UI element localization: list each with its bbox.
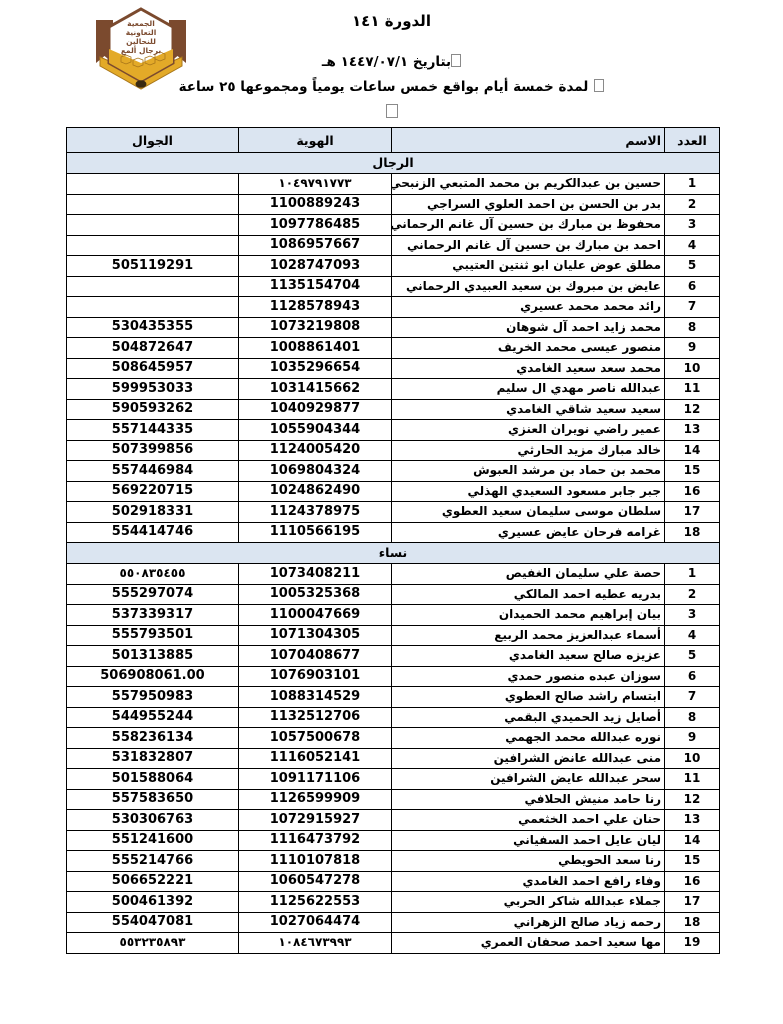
name-cell: جملاء عبدالله شاكر الحربي [392, 892, 665, 913]
id-cell: 1100047669 [239, 605, 392, 626]
num-cell: 19 [665, 933, 720, 954]
phone-cell: 569220715 [67, 481, 239, 502]
phone-cell [67, 276, 239, 297]
id-cell: 1072915927 [239, 810, 392, 831]
id-cell: 1100889243 [239, 194, 392, 215]
name-cell: سوزان عبده منصور حمدي [392, 666, 665, 687]
name-cell: سعيد سعيد شاقي الغامدي [392, 399, 665, 420]
id-cell: 1125622553 [239, 892, 392, 913]
num-cell: 3 [665, 215, 720, 236]
name-cell: محمد زايد احمد آل شوهان [392, 317, 665, 338]
name-cell: رنا حامد منيش الحلافي [392, 789, 665, 810]
num-cell: 6 [665, 276, 720, 297]
id-cell: 1126599909 [239, 789, 392, 810]
table-row: 19مها سعيد احمد صحفان العمري١٠٨٤٦٧٣٩٩٣٥٥… [67, 933, 720, 954]
id-cell: 1005325368 [239, 584, 392, 605]
name-cell: احمد بن مبارك بن حسين آل غانم الرحماني [392, 235, 665, 256]
duration-line: لمدة خمسة أيام بواقع خمس ساعات يومياً وم… [0, 79, 783, 95]
table-row: 6عايض بن مبروك بن سعيد العبيدي الرحماني1… [67, 276, 720, 297]
phone-cell: 551241600 [67, 830, 239, 851]
lone-missing-glyph [0, 102, 783, 121]
name-cell: جبر جابر مسعود السعيدي الهذلي [392, 481, 665, 502]
table-row: 18غرامه فرحان عايض عسيري1110566195554414… [67, 522, 720, 543]
svg-text:للنحالين: للنحالين [126, 37, 156, 46]
phone-cell: 505119291 [67, 256, 239, 277]
table-row: 12سعيد سعيد شاقي الغامدي1040929877590593… [67, 399, 720, 420]
table-row: 4احمد بن مبارك بن حسين آل غانم الرحماني1… [67, 235, 720, 256]
id-cell: 1116052141 [239, 748, 392, 769]
table-header-row: العدد الاسم الهوية الجوال [67, 128, 720, 153]
header-name: الاسم [392, 128, 665, 153]
id-cell: 1035296654 [239, 358, 392, 379]
id-cell: 1057500678 [239, 728, 392, 749]
table-row: 6سوزان عبده منصور حمدي107690310150690806… [67, 666, 720, 687]
phone-cell: 555793501 [67, 625, 239, 646]
num-cell: 1 [665, 564, 720, 585]
date-text: بتاريخ ١٤٤٧/٠٧/١ هـ [322, 54, 451, 70]
name-cell: ليان عايل احمد السفياني [392, 830, 665, 851]
page-title: الدورة ١٤١ [0, 12, 783, 30]
id-cell: ١٠٤٩٧٩١٧٧٣ [239, 174, 392, 195]
num-cell: 1 [665, 174, 720, 195]
table-row: 2بدر بن الحسن بن احمد العلوي السراجي1100… [67, 194, 720, 215]
num-cell: 15 [665, 851, 720, 872]
name-cell: بدر بن الحسن بن احمد العلوي السراجي [392, 194, 665, 215]
phone-cell: 506908061.00 [67, 666, 239, 687]
num-cell: 8 [665, 707, 720, 728]
phone-cell: 530306763 [67, 810, 239, 831]
name-cell: بيان إبراهيم محمد الحميدان [392, 605, 665, 626]
num-cell: 6 [665, 666, 720, 687]
id-cell: 1040929877 [239, 399, 392, 420]
id-cell: 1088314529 [239, 687, 392, 708]
id-cell: 1124378975 [239, 502, 392, 523]
id-cell: 1110566195 [239, 522, 392, 543]
phone-cell: 554414746 [67, 522, 239, 543]
id-cell: 1070408677 [239, 646, 392, 667]
name-cell: عايض بن مبروك بن سعيد العبيدي الرحماني [392, 276, 665, 297]
num-cell: 13 [665, 810, 720, 831]
section-label: نساء [67, 543, 720, 564]
id-cell: ١٠٨٤٦٧٣٩٩٣ [239, 933, 392, 954]
phone-cell: 504872647 [67, 338, 239, 359]
phone-cell: 544955244 [67, 707, 239, 728]
num-cell: 16 [665, 481, 720, 502]
num-cell: 15 [665, 461, 720, 482]
name-cell: رحمه زياد صالح الزهراني [392, 912, 665, 933]
name-cell: حسين بن عبدالكريم بن محمد المتبعي الزنبح… [392, 174, 665, 195]
phone-cell: ٥٥٠٨٣٥٤٥٥ [67, 564, 239, 585]
phone-cell [67, 235, 239, 256]
id-cell: 1060547278 [239, 871, 392, 892]
name-cell: وفاء رافع احمد الغامدي [392, 871, 665, 892]
table-row: 2بدريه عطيه احمد المالكي1005325368555297… [67, 584, 720, 605]
num-cell: 4 [665, 235, 720, 256]
table-row: 5مطلق عوض عليان ابو ثنتين العتيبي1028747… [67, 256, 720, 277]
name-cell: أسماء عبدالعزيز محمد الربيع [392, 625, 665, 646]
id-cell: 1073219808 [239, 317, 392, 338]
table-row: 15محمد بن حماد بن مرشد العبوش10698043245… [67, 461, 720, 482]
id-cell: 1091171106 [239, 769, 392, 790]
num-cell: 7 [665, 297, 720, 318]
phone-cell [67, 194, 239, 215]
num-cell: 16 [665, 871, 720, 892]
name-cell: رائد محمد محمد عسيري [392, 297, 665, 318]
phone-cell: 502918331 [67, 502, 239, 523]
phone-cell: 531832807 [67, 748, 239, 769]
table-row: 3محفوظ بن مبارك بن حسين آل غانم الرحماني… [67, 215, 720, 236]
table-row: 7ابتسام راشد صالح العطوي1088314529557950… [67, 687, 720, 708]
id-cell: 1024862490 [239, 481, 392, 502]
table-row: 10محمد سعد سعيد الغامدي10352966545086459… [67, 358, 720, 379]
id-cell: 1124005420 [239, 440, 392, 461]
table-row: 9نوره عبدالله محمد الجهمي105750067855823… [67, 728, 720, 749]
header-phone: الجوال [67, 128, 239, 153]
name-cell: منصور عيسى محمد الخريف [392, 338, 665, 359]
id-cell: 1097786485 [239, 215, 392, 236]
table-row: 3بيان إبراهيم محمد الحميدان1100047669537… [67, 605, 720, 626]
id-cell: 1110107818 [239, 851, 392, 872]
num-cell: 5 [665, 646, 720, 667]
num-cell: 13 [665, 420, 720, 441]
id-cell: 1135154704 [239, 276, 392, 297]
table-row: 7رائد محمد محمد عسيري1128578943 [67, 297, 720, 318]
num-cell: 14 [665, 440, 720, 461]
phone-cell: 554047081 [67, 912, 239, 933]
table-row: 18رحمه زياد صالح الزهراني102706447455404… [67, 912, 720, 933]
missing-glyph-box [594, 79, 604, 92]
name-cell: بدريه عطيه احمد المالكي [392, 584, 665, 605]
roster-table: العدد الاسم الهوية الجوال الرجال1حسين بن… [66, 127, 720, 954]
id-cell: 1128578943 [239, 297, 392, 318]
document-page: الجمعية التعاونية للنحالين برجال ألمع ال… [0, 0, 783, 1024]
name-cell: خالد مبارك مزيد الحارثي [392, 440, 665, 461]
name-cell: محمد سعد سعيد الغامدي [392, 358, 665, 379]
phone-cell: 500461392 [67, 892, 239, 913]
name-cell: حنان علي احمد الخثعمي [392, 810, 665, 831]
num-cell: 17 [665, 502, 720, 523]
phone-cell: 557950983 [67, 687, 239, 708]
num-cell: 18 [665, 522, 720, 543]
id-cell: 1027064474 [239, 912, 392, 933]
duration-text: لمدة خمسة أيام بواقع خمس ساعات يومياً وم… [179, 79, 589, 95]
phone-cell: 501588064 [67, 769, 239, 790]
num-cell: 2 [665, 584, 720, 605]
phone-cell [67, 215, 239, 236]
table-row: 15رنا سعد الحويطي1110107818555214766 [67, 851, 720, 872]
phone-cell: 506652221 [67, 871, 239, 892]
phone-cell: 555297074 [67, 584, 239, 605]
num-cell: 9 [665, 338, 720, 359]
name-cell: مطلق عوض عليان ابو ثنتين العتيبي [392, 256, 665, 277]
table-row: 5عزيزه صالح سعيد الغامدي1070408677501313… [67, 646, 720, 667]
table-row: 8محمد زايد احمد آل شوهان1073219808530435… [67, 317, 720, 338]
name-cell: منى عبدالله عانض الشرافين [392, 748, 665, 769]
table-row: 1حصة علي سليمان الغفيص1073408211٥٥٠٨٣٥٤٥… [67, 564, 720, 585]
num-cell: 12 [665, 399, 720, 420]
id-cell: 1116473792 [239, 830, 392, 851]
num-cell: 5 [665, 256, 720, 277]
section-label: الرجال [67, 153, 720, 174]
phone-cell [67, 297, 239, 318]
num-cell: 2 [665, 194, 720, 215]
name-cell: حصة علي سليمان الغفيص [392, 564, 665, 585]
missing-glyph-box [451, 54, 461, 67]
num-cell: 7 [665, 687, 720, 708]
id-cell: 1071304305 [239, 625, 392, 646]
table-row: 8أصايل زيد الحميدي البقمي113251270654495… [67, 707, 720, 728]
table-row: 17سلطان موسى سليمان سعيد العطوي112437897… [67, 502, 720, 523]
num-cell: 18 [665, 912, 720, 933]
phone-cell: 530435355 [67, 317, 239, 338]
id-cell: 1028747093 [239, 256, 392, 277]
table-row: 13حنان علي احمد الخثعمي10729159275303067… [67, 810, 720, 831]
num-cell: 8 [665, 317, 720, 338]
id-cell: 1086957667 [239, 235, 392, 256]
name-cell: رنا سعد الحويطي [392, 851, 665, 872]
phone-cell: 599953033 [67, 379, 239, 400]
phone-cell: 501313885 [67, 646, 239, 667]
name-cell: نوره عبدالله محمد الجهمي [392, 728, 665, 749]
header-id: الهوية [239, 128, 392, 153]
table-row: 12رنا حامد منيش الحلافي11265999095575836… [67, 789, 720, 810]
id-cell: 1069804324 [239, 461, 392, 482]
name-cell: محمد بن حماد بن مرشد العبوش [392, 461, 665, 482]
name-cell: غرامه فرحان عايض عسيري [392, 522, 665, 543]
table-row: 16جبر جابر مسعود السعيدي الهذلي102486249… [67, 481, 720, 502]
id-cell: 1055904344 [239, 420, 392, 441]
id-cell: 1132512706 [239, 707, 392, 728]
name-cell: سحر عبدالله عايض الشرافين [392, 769, 665, 790]
table-row: 17جملاء عبدالله شاكر الحربي1125622553500… [67, 892, 720, 913]
num-cell: 4 [665, 625, 720, 646]
num-cell: 12 [665, 789, 720, 810]
roster-table-body: الرجال1حسين بن عبدالكريم بن محمد المتبعي… [67, 153, 720, 954]
table-row: 14ليان عايل احمد السفياني111647379255124… [67, 830, 720, 851]
id-cell: 1073408211 [239, 564, 392, 585]
phone-cell: 508645957 [67, 358, 239, 379]
phone-cell: 557583650 [67, 789, 239, 810]
header-count: العدد [665, 128, 720, 153]
phone-cell: 555214766 [67, 851, 239, 872]
phone-cell: 590593262 [67, 399, 239, 420]
num-cell: 3 [665, 605, 720, 626]
num-cell: 17 [665, 892, 720, 913]
name-cell: ابتسام راشد صالح العطوي [392, 687, 665, 708]
name-cell: سلطان موسى سليمان سعيد العطوي [392, 502, 665, 523]
table-row: 11سحر عبدالله عايض الشرافين1091171106501… [67, 769, 720, 790]
name-cell: عبدالله ناصر مهدي ال سليم [392, 379, 665, 400]
date-line: بتاريخ ١٤٤٧/٠٧/١ هـ [0, 54, 783, 70]
name-cell: أصايل زيد الحميدي البقمي [392, 707, 665, 728]
name-cell: مها سعيد احمد صحفان العمري [392, 933, 665, 954]
section-header-row: الرجال [67, 153, 720, 174]
section-header-row: نساء [67, 543, 720, 564]
phone-cell: 507399856 [67, 440, 239, 461]
num-cell: 11 [665, 379, 720, 400]
phone-cell: ٥٥٣٢٣٥٨٩٣ [67, 933, 239, 954]
phone-cell [67, 174, 239, 195]
id-cell: 1076903101 [239, 666, 392, 687]
roster-table-wrap: العدد الاسم الهوية الجوال الرجال1حسين بن… [66, 127, 719, 954]
table-row: 9منصور عيسى محمد الخريف10088614015048726… [67, 338, 720, 359]
missing-glyph-box [386, 104, 398, 118]
phone-cell: 537339317 [67, 605, 239, 626]
num-cell: 9 [665, 728, 720, 749]
num-cell: 10 [665, 748, 720, 769]
num-cell: 11 [665, 769, 720, 790]
id-cell: 1031415662 [239, 379, 392, 400]
num-cell: 14 [665, 830, 720, 851]
name-cell: عزيزه صالح سعيد الغامدي [392, 646, 665, 667]
table-row: 13عمير راضي نويران العنزي105590434455714… [67, 420, 720, 441]
name-cell: محفوظ بن مبارك بن حسين آل غانم الرحماني [392, 215, 665, 236]
num-cell: 10 [665, 358, 720, 379]
table-row: 14خالد مبارك مزيد الحارثي112400542050739… [67, 440, 720, 461]
phone-cell: 557446984 [67, 461, 239, 482]
table-row: 10منى عبدالله عانض الشرافين1116052141531… [67, 748, 720, 769]
phone-cell: 558236134 [67, 728, 239, 749]
table-row: 16وفاء رافع احمد الغامدي1060547278506652… [67, 871, 720, 892]
name-cell: عمير راضي نويران العنزي [392, 420, 665, 441]
table-row: 4أسماء عبدالعزيز محمد الربيع107130430555… [67, 625, 720, 646]
id-cell: 1008861401 [239, 338, 392, 359]
table-row: 11عبدالله ناصر مهدي ال سليم1031415662599… [67, 379, 720, 400]
phone-cell: 557144335 [67, 420, 239, 441]
table-row: 1حسين بن عبدالكريم بن محمد المتبعي الزنب… [67, 174, 720, 195]
